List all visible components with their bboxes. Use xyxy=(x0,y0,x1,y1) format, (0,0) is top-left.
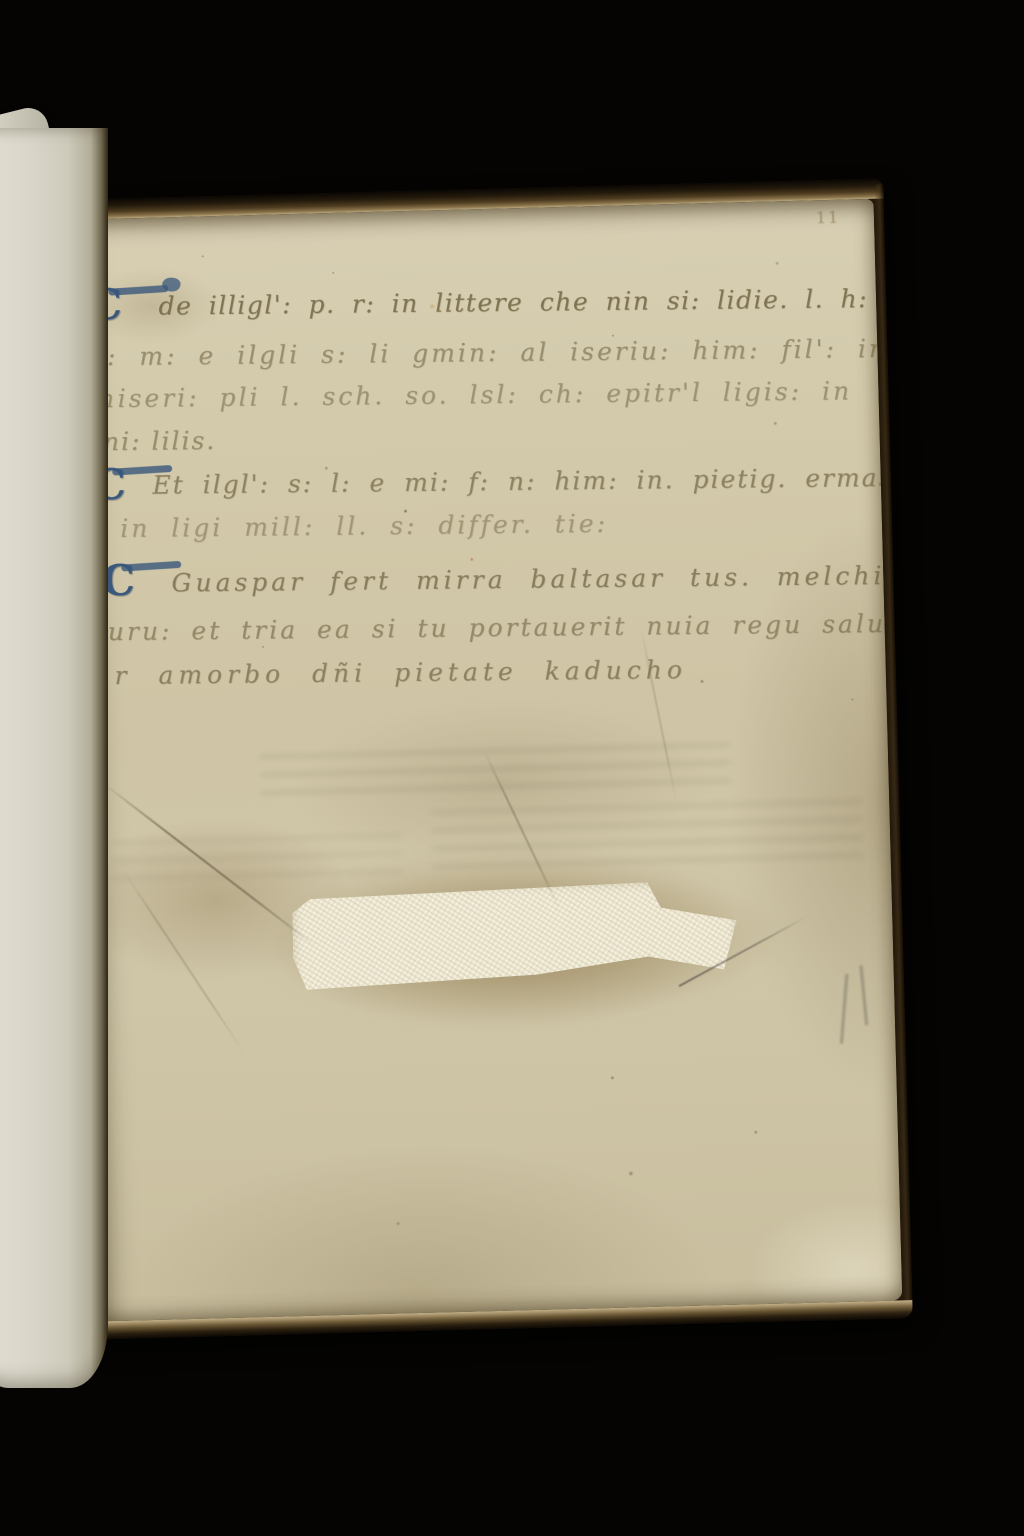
photograph-of-manuscript: 11 C de illigl': p. r: in littere che ni… xyxy=(0,0,1024,1536)
manuscript-line-3: chiseri: pli l. sch. so. lsl: ch: epitr'… xyxy=(81,376,852,413)
manuscript-line-6: l: in ligi mill: ll. s: differ. tie: xyxy=(77,509,608,544)
book-block: 11 C de illigl': p. r: in littere che ni… xyxy=(67,179,913,1340)
facing-page-edge xyxy=(0,128,108,1388)
manuscript-line-1: de illigl': p. r: in littere che nin si:… xyxy=(158,284,868,320)
parchment-page: 11 C de illigl': p. r: in littere che ni… xyxy=(70,199,903,1322)
text-block: C de illigl': p. r: in littere che nin s… xyxy=(72,210,887,1320)
manuscript-line-8: auru: et tria ea si tu portauerit nuia r… xyxy=(90,609,903,647)
manuscript-line-7: Guaspar fert mirra baltasar tus. melchio… xyxy=(171,561,902,598)
manuscript-line-9: tur amorbo dñi pietate kaducho xyxy=(78,655,687,690)
manuscript-line-2: a: m: e ilgli s: li gmin: al iseriu: him… xyxy=(89,334,888,371)
manuscript-line-5: Et ilgl': s: l: e mi: f: n: him: in. pie… xyxy=(152,463,893,500)
